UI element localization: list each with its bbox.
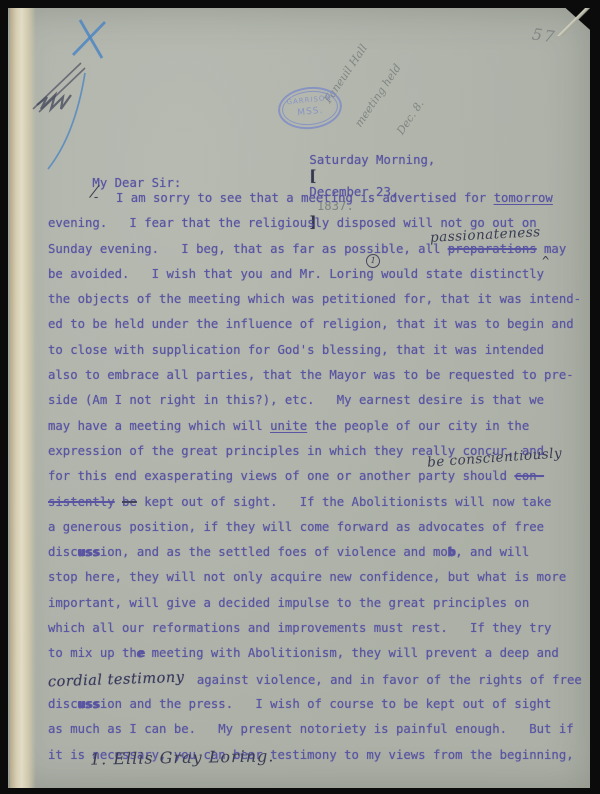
typed-segment: meeting with Abolitionism, they will pre… (144, 646, 559, 660)
typed-segment: also to embrace all parties, that the Ma… (48, 368, 574, 382)
typed-segment: which all our reformations and improveme… (48, 621, 551, 635)
garrison-mss-stamp: GARRISON MSS. (276, 84, 344, 132)
typed-segment: sistently (48, 495, 115, 509)
blue-pencil-scribble (23, 13, 143, 183)
typed-segment: to close with supplication for God's ble… (48, 343, 544, 357)
typed-line: the objects of the meeting which was pet… (48, 292, 582, 317)
typed-line: to close with supplication for God's ble… (48, 343, 582, 368)
typed-segment: , and will (455, 545, 529, 559)
typed-segment: may have a meeting which will (48, 419, 270, 433)
typed-line: may have a meeting which will unite the … (48, 419, 582, 444)
letter-body: I am sorry to see that a meeting is adve… (48, 191, 582, 773)
typed-line: ed to be held under the influence of rel… (48, 317, 582, 342)
typed-segment: I am sorry to see that a meeting is adve… (116, 191, 494, 205)
typed-segment: be avoided. I wish that you and Mr. Lori… (48, 267, 544, 281)
letter-page: Faneuil Hall meeting held Dec. 8. 57 GAR… (8, 8, 590, 788)
typed-segment: Sunday evening. I beg, that as far as po… (48, 242, 448, 256)
typed-segment: disc (48, 697, 78, 711)
typed-line: which all our reformations and improveme… (48, 621, 582, 646)
typed-line: discussion and the press. I wish of cour… (48, 697, 582, 722)
typed-line: as much as I can be. My present notoriet… (48, 722, 582, 747)
typed-segment: uss (78, 545, 100, 559)
salutation-text: My Dear Sir: (92, 176, 181, 190)
typed-segment (115, 495, 122, 509)
typed-segment: disc (48, 545, 78, 559)
handwritten-footnote: 1. Ellis Gray Loring. (90, 746, 275, 768)
typed-segment: stop here, they will not only acquire ne… (48, 570, 566, 584)
typed-line: cordial testimony against violence, and … (48, 672, 582, 697)
typed-line: discussion, and as the settled foes of v… (48, 545, 582, 570)
typed-line: also to embrace all parties, that the Ma… (48, 368, 582, 393)
typed-line: important, will give a decided impulse t… (48, 596, 582, 621)
typed-line: I am sorry to see that a meeting is adve… (48, 191, 582, 216)
typed-segment: for this end exasperating views of one o… (48, 469, 514, 483)
typed-segment: against violence, and in favor of the ri… (189, 673, 581, 687)
typed-line: side (Am I not right in this?), etc. My … (48, 393, 582, 418)
typed-line: sistently be kept out of sight. If the A… (48, 495, 582, 520)
typed-line: a generous position, if they will come f… (48, 520, 582, 545)
typed-segment: the objects of the meeting which was pet… (48, 292, 581, 306)
typed-segment: the people of our city in the (307, 419, 529, 433)
typed-segment: con- (514, 469, 544, 483)
typed-segment: to mix up th (48, 646, 137, 660)
typed-segment: important, will give a decided impulse t… (48, 596, 529, 610)
typed-segment: as much as I can be. My present notoriet… (48, 722, 574, 736)
dateline-prefix: Saturday Morning, (309, 153, 442, 167)
clipped-corner-edge (556, 8, 590, 36)
scanned-letter: Faneuil Hall meeting held Dec. 8. 57 GAR… (0, 0, 600, 794)
typed-segment: a generous position, if they will come f… (48, 520, 544, 534)
typed-segment: ed to be held under the influence of rel… (48, 317, 574, 331)
typed-segment: ion, and as the settled foes of violence… (100, 545, 448, 559)
handwritten-inline-insert: cordial testimony (48, 669, 185, 690)
typed-segment: tomorrow (494, 191, 553, 205)
open-bracket: [ (309, 167, 316, 185)
typed-line: for this end exasperating views of one o… (48, 469, 582, 494)
typed-segment: kept out of sight. If the Abolitionists … (137, 495, 552, 509)
insert-caret-mark: ^ (542, 254, 549, 268)
typed-segment: ion and the press. I wish of course to b… (100, 697, 552, 711)
typed-line: Sunday evening. I beg, that as far as po… (48, 242, 582, 267)
typed-segment: be (122, 495, 137, 509)
typed-segment: unite (270, 419, 307, 433)
typed-segment: uss (78, 697, 100, 711)
typed-line: to mix up the meeting with Abolitionism,… (48, 646, 582, 671)
typed-line: be avoided. I wish that you and Mr. Lori… (48, 267, 582, 292)
typed-line: stop here, they will not only acquire ne… (48, 570, 582, 595)
typed-segment: side (Am I not right in this?), etc. My … (48, 393, 544, 407)
pencil-page-number: 57 (531, 24, 558, 46)
